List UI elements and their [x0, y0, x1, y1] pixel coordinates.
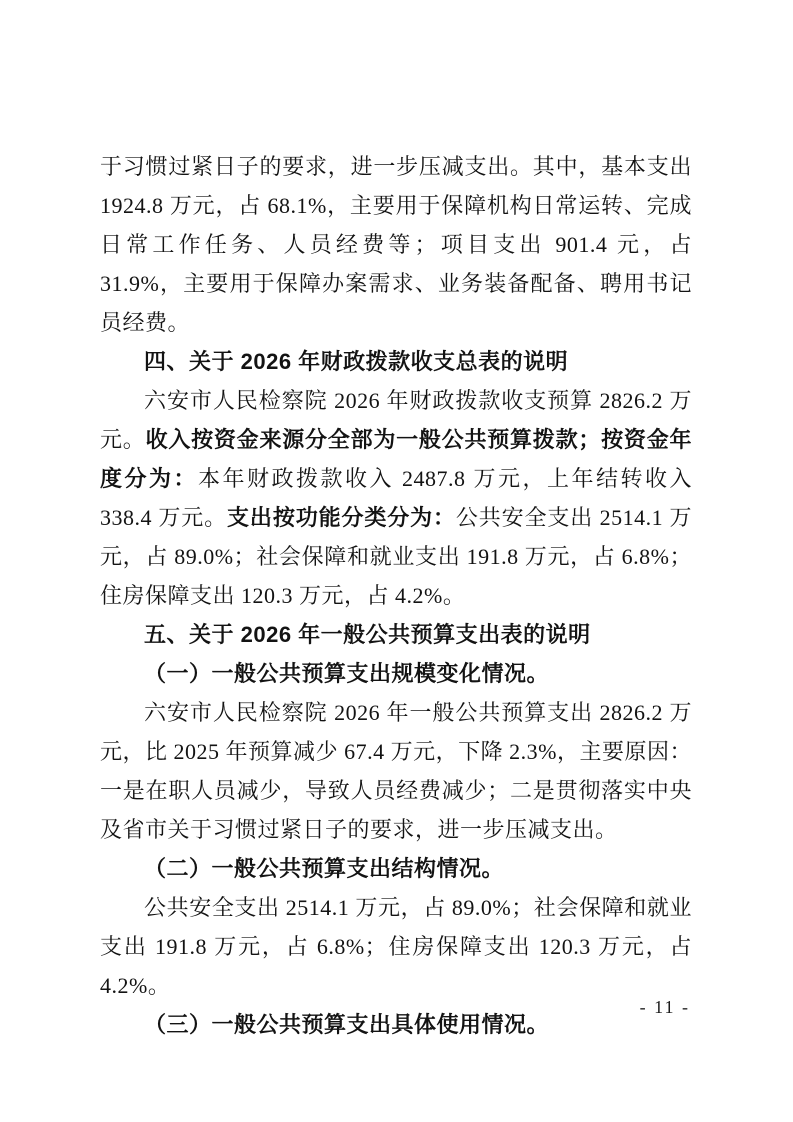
sub-heading-3-specific-usage: （三）一般公共预算支出具体使用情况。 [100, 1005, 692, 1044]
paragraph-basic-and-project-expenditure: 于习惯过紧日子的要求，进一步压减支出。其中，基本支出 1924.8 万元，占 6… [100, 147, 692, 342]
paragraph-fiscal-allocation-detail: 六安市人民检察院 2026 年财政拨款收支预算 2826.2 万元。收入按资金来… [100, 381, 692, 615]
section-heading-4-fiscal-allocation-summary: 四、关于 2026 年财政拨款收支总表的说明 [100, 342, 692, 381]
document-page: 于习惯过紧日子的要求，进一步压减支出。其中，基本支出 1924.8 万元，占 6… [0, 0, 793, 1122]
paragraph-structure-detail: 公共安全支出 2514.1 万元，占 89.0%；社会保障和就业支出 191.8… [100, 888, 692, 1005]
sub-heading-1-scale-change: （一）一般公共预算支出规模变化情况。 [100, 654, 692, 693]
sub-heading-2-structure: （二）一般公共预算支出结构情况。 [100, 849, 692, 888]
page-number: - 11 - [640, 996, 690, 1018]
document-body: 于习惯过紧日子的要求，进一步压减支出。其中，基本支出 1924.8 万元，占 6… [100, 147, 692, 1044]
section-heading-5-general-public-budget: 五、关于 2026 年一般公共预算支出表的说明 [100, 615, 692, 654]
expenditure-by-function-bold-text: 支出按功能分类分为： [227, 505, 456, 530]
paragraph-scale-change-detail: 六安市人民检察院 2026 年一般公共预算支出 2826.2 万元，比 2025… [100, 693, 692, 849]
